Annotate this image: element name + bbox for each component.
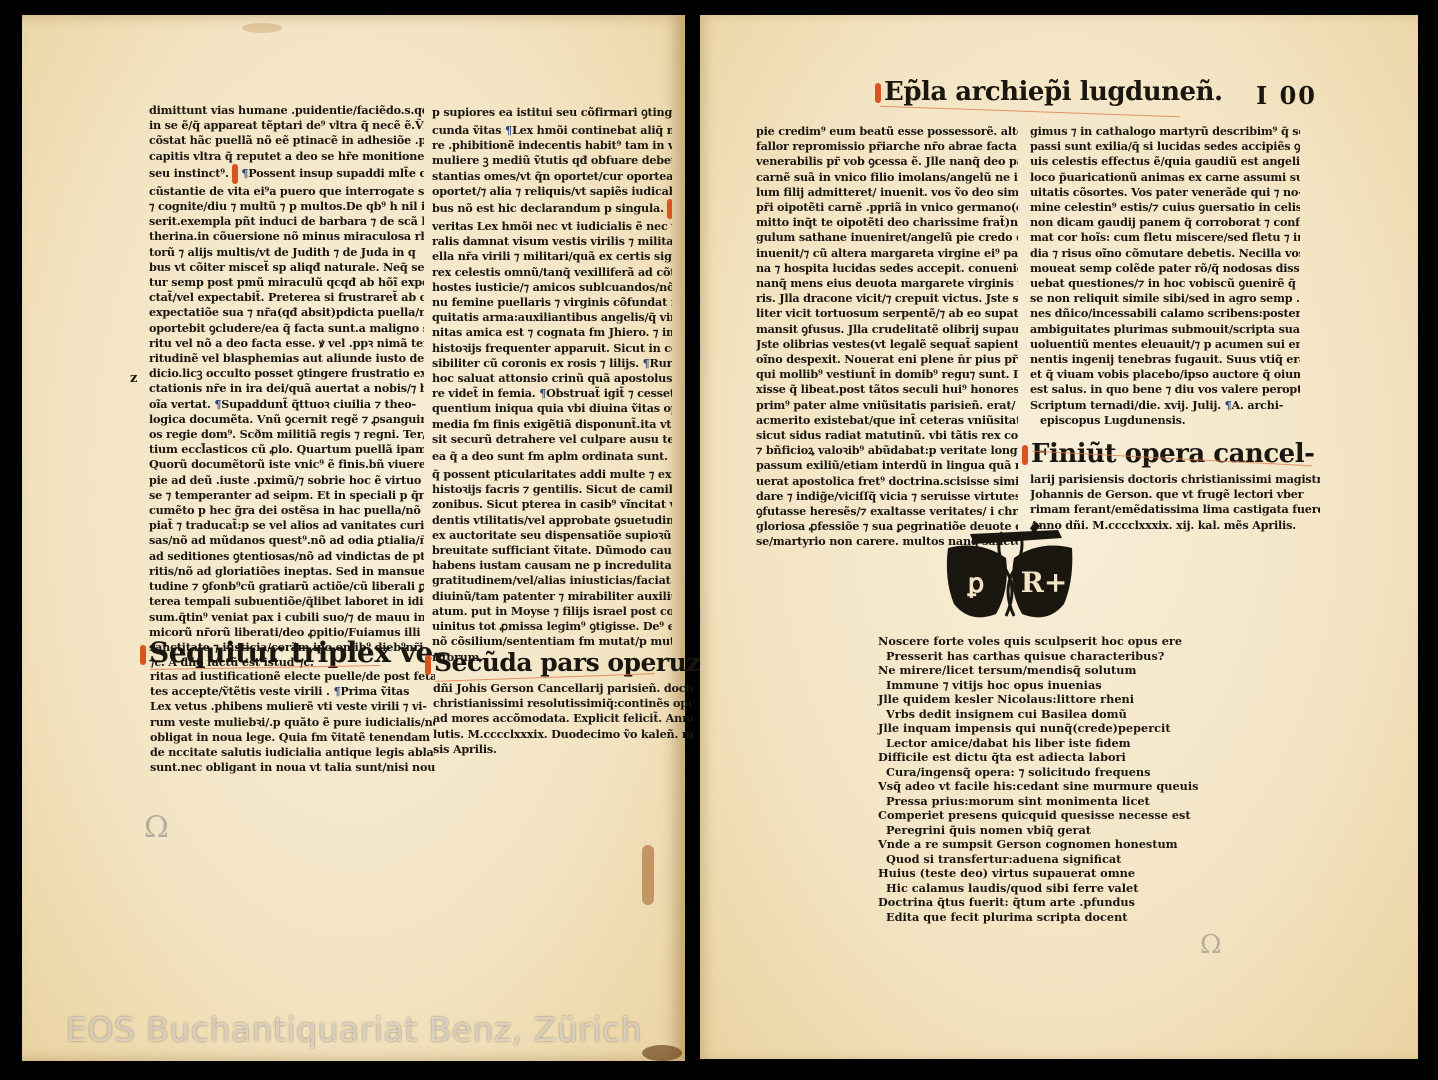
text-fragment: Scriptum ternadi/die. xvij. Julij. xyxy=(1030,398,1221,412)
poem-line: Cura/ingensq̃ opera: ⁊ solicitudo freque… xyxy=(878,765,1199,780)
poem-line: Huius (teste deo) virtus supauerat omne xyxy=(878,866,1199,881)
text-line: na ⁊ hospita lucidas sedes accepit. conu… xyxy=(756,261,1018,276)
text-line: se ⁊ temperanter ad seipm. Et in special… xyxy=(149,488,424,503)
poem-line: Jlle quidem kesler Nicolaus:littore rhen… xyxy=(878,692,1199,707)
running-head-text: Ep̃la archiep̃i lugduneñ. xyxy=(884,77,1223,107)
text-line: nu femine puellaris ⁊ virginis cõfundat … xyxy=(432,295,672,310)
text-line: carnẽ suã in vnico filio imolans/angelũ … xyxy=(756,170,1018,185)
pilcrow-icon: ¶ xyxy=(643,356,650,370)
rubric-mark xyxy=(232,164,238,184)
text-line: torũ ⁊ alijs multis/vt de Judith ⁊ de Ju… xyxy=(149,245,424,260)
text-line: hostes iusticie/⁊ amicos sublcuandos/nõ … xyxy=(432,280,672,295)
text-line: nanq̃ mens eius deuota margarete virgini… xyxy=(756,276,1018,291)
text-line: gratitudinem/vel/alias iniusticias/facia… xyxy=(432,573,672,588)
section-body: dñi Johis Gerson Cancellarij parisieñ. d… xyxy=(433,681,693,757)
paper-stain xyxy=(242,23,282,33)
text-line: ris. Jlla dracone vicit/⁊ crepuit victus… xyxy=(756,291,1018,306)
text-line: sum.q̃tin⁹ veniat pax i cubili suo/⁊ de … xyxy=(149,610,424,625)
text-line: Scriptum ternadi/die. xvij. Julij. ¶A. a… xyxy=(1030,398,1300,413)
text-line: sit securũ detrahere vel culpare ausu te… xyxy=(432,432,672,447)
rubric-underline xyxy=(880,106,1180,117)
text-line: diuinũ/tam patenter ⁊ mirabiliter auxili… xyxy=(432,589,672,604)
text-fragment: bus nõ est hic declarandum p singula. xyxy=(432,201,664,215)
text-line: christianissimi resolutissimiq̃:continẽs… xyxy=(433,696,693,711)
text-fragment: Prima ṽitas xyxy=(340,684,409,698)
right-column-1: pie credim⁹ eum beatũ esse possessorẽ. a… xyxy=(756,124,1018,550)
text-line: episcopus Lugdunensis. xyxy=(1030,413,1300,428)
text-line: nes dñico/incessabili calamo scribens:po… xyxy=(1030,306,1300,321)
text-line: moueat semp colẽde pater rõ/q̃ nodosas d… xyxy=(1030,261,1300,276)
text-fragment: Possent insup supaddi mlt̃e cir- xyxy=(248,166,424,180)
text-line: pr̃i oipotẽti carnẽ .ppriã in vnico germ… xyxy=(756,200,1018,215)
text-fragment: Lex hmõi continebat aliq̃ moral xyxy=(512,123,672,137)
text-line: rex celestis omnũ/tanq̃ vexilliferã ad c… xyxy=(432,265,672,280)
text-line: acmerito existebat/que int̃ ceteras vniũ… xyxy=(756,413,1018,428)
text-line: ritas ad iustificationẽ electe puelle/de… xyxy=(150,669,435,684)
poem-line: Quod si transfertur:aduena significat xyxy=(878,852,1199,867)
text-line: Jste olibrias vestes(vt legalẽ sequat̃ s… xyxy=(756,337,1018,352)
text-line: oĩno despexit. Nouerat eni plene n̄r piu… xyxy=(756,352,1018,367)
text-line: dicio.licꝫ occulto posset ꝯtingere frust… xyxy=(149,366,424,381)
text-line: os regie dom⁹. Scðm militiã regis ⁊ regn… xyxy=(149,427,424,442)
text-line: larij parisiensis doctoris christianissi… xyxy=(1030,472,1320,487)
text-line: ritis/nõ ad gloriatiões ineptas. Sed in … xyxy=(149,564,424,579)
text-line: veritas Lex hmõi nec vt iudicialis ẽ nec… xyxy=(432,219,672,234)
text-line: logica documẽta. Vnũ ꝯcernit regẽ ⁊ ꝓsan… xyxy=(149,412,424,427)
text-line: therina.in cõuersione nõ minus miraculos… xyxy=(149,229,424,244)
printers-device: ꝑ R+ xyxy=(940,520,1080,630)
text-line: est salus. in quo bene ⁊ diu vos valere … xyxy=(1030,382,1300,397)
text-fragment: seu instinct⁹. xyxy=(149,166,229,180)
left-shield-monogram: ꝑ xyxy=(967,569,985,599)
text-line: uerat apostolica fret⁹ doctrina.scisisse… xyxy=(756,474,1018,489)
poem-line: Difficile est dictu q̃ta est adiecta lab… xyxy=(878,750,1199,765)
text-line: media fm finis exigẽtiã disponunt̃.ita v… xyxy=(432,417,672,432)
rubric-mark xyxy=(667,199,672,219)
text-line: tur semp post pmũ miraculũ qcqđ ab hõĩ e… xyxy=(149,275,424,290)
section-body: ritas ad iustificationẽ electe puelle/de… xyxy=(150,669,435,775)
poem-line: Presserit has carthas quisue characterib… xyxy=(878,649,1199,664)
text-line: tudine ⁊ ꝯfonb⁹cũ gratiarũ actiõe/cũ lib… xyxy=(149,579,424,594)
running-head: Ep̃la archiep̃i lugduneñ. xyxy=(875,77,1223,107)
pencil-mark: Ω xyxy=(1200,930,1222,960)
section-heading: Sequitur triplex ve- xyxy=(140,637,425,669)
text-line: venerabilis pr̃ vob ꝯcessa ẽ. Jlle nanq̃… xyxy=(756,154,1018,169)
text-line: lutis. M.cccclxxxix. Duodecimo ṽo kaleñ.… xyxy=(433,727,693,742)
poem-line: Lector amice/dabat his liber iste fidem xyxy=(878,736,1199,751)
poem-line: Vsq̃ adeo vt facile his:cedant sine murm… xyxy=(878,779,1199,794)
text-line: ea q̃ a deo sunt fm aplm ordinata sunt. … xyxy=(432,447,672,467)
rubric-mark xyxy=(425,655,431,675)
rubric-mark xyxy=(1022,445,1028,465)
right-shield-monogram: R+ xyxy=(1021,566,1068,599)
text-line: uebat questiones/⁊ in hoc vobiscũ ꝯuenir… xyxy=(1030,276,1300,291)
text-line: non dicam gaudij panem q̃ corroborat ⁊ c… xyxy=(1030,215,1300,230)
text-line: gimus ⁊ in cathalogo martyrũ describim⁹ … xyxy=(1030,124,1300,139)
text-line: in se ẽ/q̃ appareat tẽptari de⁹ vltra q̃… xyxy=(149,118,424,133)
text-line: ctationis nr̃e in ira dei/quã auertat a … xyxy=(149,381,424,396)
text-line: de nccitate salutis iudicialia antique l… xyxy=(150,745,435,760)
text-line: ritudinẽ vel blasphemias aut aliunde ius… xyxy=(149,351,424,366)
poem-line: Peregrini q̃uis nomen vbiq̃ gerat xyxy=(878,823,1199,838)
text-line: liter vicit tortuosum serpentẽ/⁊ ab eo s… xyxy=(756,306,1018,321)
text-line: piat̃ ⁊ traducat̃:p se vel alios ad vani… xyxy=(149,518,424,533)
text-line: dñi Johis Gerson Cancellarij parisieñ. d… xyxy=(433,681,693,696)
left-column-2: p supiores ea istitui seu cõfirmari ꝯtin… xyxy=(432,103,672,665)
text-line: bus vt cõiter miscet̃ sp aliqđ naturale.… xyxy=(149,260,424,275)
text-line: dimittunt vias humane .puidentie/faciẽdo… xyxy=(149,103,424,118)
text-line: Lex vetus .phibens mulierẽ vti veste vir… xyxy=(150,699,435,714)
text-line: passum exiliũ/etiam interdũ in lingua qu… xyxy=(756,458,1018,473)
text-line: cũstantie de vita ei⁹a puero que interro… xyxy=(149,184,424,199)
text-line: cõstat hãc puellã nõ eẽ ptinacẽ in adhes… xyxy=(149,133,424,148)
text-line: ralis damnat visum vestis virilis ⁊ mili… xyxy=(432,234,672,249)
text-line: atum. put in Moyse ⁊ filijs israel post … xyxy=(432,604,672,619)
text-line: bus nõ est hic declarandum p singula. Te… xyxy=(432,199,672,219)
pencil-mark: Ω xyxy=(144,810,169,845)
text-fragment: ea q̃ a deo sunt fm aplm ordinata sunt. xyxy=(432,449,668,463)
text-line: dentis vtilitatis/vel approbate ꝯsuetudi… xyxy=(432,513,672,528)
poem-line: Hic calamus laudis/quod sibi ferre valet xyxy=(878,881,1199,896)
text-line: sis Aprilis. xyxy=(433,742,693,757)
right-page: Ep̃la archiep̃i lugduneñ. I 00 pie credi… xyxy=(700,15,1418,1059)
text-line: mansit ꝯfusus. Jlla crudelitatẽ olibrij … xyxy=(756,322,1018,337)
text-line: xisse q̃ libeat.post tãtos seculi hui⁹ h… xyxy=(756,382,1018,397)
text-line: oportebit ꝯcludere/ea q̃ facta sunt.a ma… xyxy=(149,321,424,336)
text-line: lum filij admitteret/ inuenit. vos ṽo de… xyxy=(756,185,1018,200)
text-fragment: sibiliter cũ coronis ex rosis ⁊ lilijs. xyxy=(432,356,639,370)
text-line: capitis vltra q̃ reputet a deo se hr̃e m… xyxy=(149,149,424,164)
text-line: loco p̃uaricationũ animas ex carne assum… xyxy=(1030,170,1300,185)
text-line: seu instinct⁹. ¶Possent insup supaddi ml… xyxy=(149,164,424,184)
text-line: uis celestis effectus ẽ/quia gaudiũ est … xyxy=(1030,154,1300,169)
text-fragment: re videt̃ in femia. xyxy=(432,386,536,400)
text-line: fallor repromissio pr̃iarche nr̃o abrae … xyxy=(756,139,1018,154)
text-fragment: p supiores ea istitui seu cõfirmari ꝯtin… xyxy=(432,105,672,119)
text-line: rum veste muliebꝛi/.p quãto ẽ pure iudic… xyxy=(150,715,435,730)
colophon-poem: Noscere forte voles quis sculpserit hoc … xyxy=(878,634,1199,924)
section-triplex-veritas: Sequitur triplex ve- ritas ad iustificat… xyxy=(140,637,425,775)
text-line: gulum sathane inueniret/angelũ pie credo… xyxy=(756,230,1018,245)
text-line: obligat in noua lege. Quia fm ṽitatẽ ten… xyxy=(150,730,435,745)
text-line: uinitus tot ꝓmissa legim⁹ ꝯtigisse. De⁹ … xyxy=(432,619,672,634)
text-line: terea tempali subuentiõe/q̃libet laboret… xyxy=(149,594,424,609)
text-line: histoꝛijs facris ⁊ gentilis. Sicut de ca… xyxy=(432,482,672,497)
folio-number: I 00 xyxy=(1256,81,1317,110)
text-line: q̃ possent pticularitates addi multe ⁊ e… xyxy=(432,467,672,482)
poem-line: Vrbs dedit insignem cui Basilea domũ xyxy=(878,707,1199,722)
text-line: ad seditiones ꝯtentiosas/nõ ad vindictas… xyxy=(149,549,424,564)
text-line: breuitate sufficiant ṽitate. Dũmodo caue… xyxy=(432,543,672,558)
text-line: Quorũ documẽtorũ iste vnic⁹ ẽ finis.bñ v… xyxy=(149,457,424,472)
text-line: oĩa vertat. ¶Supaddunt̃ q̃ttuoꝛ ciuilia … xyxy=(149,397,424,412)
text-fragment: cunda ṽitas xyxy=(432,123,501,137)
text-line: inuenit/⁊ cũ altera margareta virgine ei… xyxy=(756,246,1018,261)
text-line: ad mores accõmodata. Explicit felicit̃. … xyxy=(433,711,693,726)
text-line: ambiguitates plurimas submouit/scripta s… xyxy=(1030,322,1300,337)
text-line: sunt.nec obligant in noua vt talia sunt/… xyxy=(150,760,435,775)
text-line: cunda ṽitas ¶Lex hmõi continebat aliq̃ m… xyxy=(432,123,672,138)
colophon: Finiũt opera cancel- larij parisiensis d… xyxy=(1022,438,1312,531)
text-line: stantias omes/vt q̃n oportet/cur oportea… xyxy=(432,169,672,184)
text-line: muliere ꝫ mediũ ṽtutis qđ obfuare debet … xyxy=(432,153,672,168)
text-line: dia ⁊ risus oĩno cõmutare debetis. Necil… xyxy=(1030,246,1300,261)
margin-mark: z xyxy=(130,371,137,386)
text-line: ⁊ cognite/diu ⁊ multũ ⁊ p multos.De qb⁹ … xyxy=(149,199,424,214)
poem-line: Jlle inquam impensis qui nunq̃(crede)pep… xyxy=(878,721,1199,736)
text-line: sibiliter cũ coronis ex rosis ⁊ lilijs. … xyxy=(432,356,672,371)
text-line: mine celestin⁹ estis/⁊ cuius ꝯuersatio i… xyxy=(1030,200,1300,215)
text-line: ex auctoritate seu dispensatiõe supioꝛũ.… xyxy=(432,528,672,543)
text-line: quitatis arma:auxiliantibus angelis/q̃ v… xyxy=(432,310,672,325)
text-line: oportet/⁊ alia ⁊ reliquis/vt sapiẽs iudi… xyxy=(432,184,672,199)
text-line: p supiores ea istitui seu cõfirmari ꝯtin… xyxy=(432,103,672,123)
text-fragment: A. archi- xyxy=(1232,398,1284,412)
left-column-1: dimittunt vias humane .puidentie/faciẽdo… xyxy=(149,103,424,670)
text-line: re videt̃ in femia. ¶Obstruat̃ igit̃ ⁊ c… xyxy=(432,386,672,401)
text-line: se non reliquit simile sibi/sed in agro … xyxy=(1030,291,1300,306)
colophon-heading: Finiũt opera cancel- xyxy=(1022,438,1312,470)
text-line: ⁊ bñficioꝝ valoꝛib⁹ abũdabat:p veritate … xyxy=(756,443,1018,458)
left-page: dimittunt vias humane .puidentie/faciẽdo… xyxy=(22,15,685,1061)
text-line: ritu vel nõ a deo facta esse. ꝟ vel .ppꝛ… xyxy=(149,336,424,351)
text-line: uoluentiũ mentes eleuauit/⁊ p acumen sui… xyxy=(1030,337,1300,352)
text-line: ella nr̃a virili ⁊ militari/quã ex certi… xyxy=(432,249,672,264)
text-line: habens iustam causam ne p incredulitatem… xyxy=(432,558,672,573)
text-line: mat cor hoĩs: cum fletu miscere/sed flet… xyxy=(1030,230,1300,245)
poem-line: Doctrina q̃tus fuerit: q̃tum arte .pfund… xyxy=(878,895,1199,910)
text-line: cumẽto p hec g̃ra dei ostẽsa in hac puel… xyxy=(149,503,424,518)
text-line: sas/nõ ad mũdanos quest⁹.nõ ad odia ꝑtia… xyxy=(149,533,424,548)
text-line: re .phibitionẽ indecentis habit⁹ tam in … xyxy=(432,138,672,153)
poem-line: Edita que fecit plurima scripta docent xyxy=(878,910,1199,925)
text-line: rimam ferant/emẽdatissima lima castigata… xyxy=(1030,502,1320,517)
text-fragment: Rursus p xyxy=(650,356,672,370)
text-line: zonibus. Sicut pterea in casib⁹ vĩncitat… xyxy=(432,497,672,512)
text-line: pie ad deũ .iuste .pximũ/⁊ sobrie hoc ẽ … xyxy=(149,473,424,488)
text-fragment: Obstruat̃ igit̃ ⁊ cesset os lo- xyxy=(546,386,672,400)
text-line: hoc saluat attonsio crinũ quã apostolus … xyxy=(432,371,672,386)
text-fragment: Supaddunt̃ q̃ttuoꝛ ciuilia ⁊ theo- xyxy=(221,397,416,411)
heading-text: Sequitur triplex ve- xyxy=(149,636,444,669)
heading-text: Secũda pars operuz xyxy=(434,648,700,677)
heading-text: Finiũt opera cancel- xyxy=(1031,439,1314,469)
printers-mark-icon: ꝑ R+ xyxy=(940,520,1080,630)
text-line: ꝯfutasse heresẽs/⁊ exaltasse veritates/ … xyxy=(756,504,1018,519)
text-line: expectatiõe sua ⁊ nr̃a(qđ absit)pdicta p… xyxy=(149,305,424,320)
text-line: tium eccl̃asticos cũ ꝓlo. Quartum puellã… xyxy=(149,442,424,457)
text-line: quentium iniqua quia vbi diuina ṽitas op… xyxy=(432,401,672,416)
poem-line: Noscere forte voles quis sculpserit hoc … xyxy=(878,634,1199,649)
paper-stain xyxy=(642,1045,682,1061)
text-line: et q̃ viuam vobis placebo/ipso auctore q… xyxy=(1030,367,1300,382)
watermark: EOS Buchantiquariat Benz, Zürich xyxy=(66,1010,642,1049)
rubric-mark xyxy=(140,645,146,665)
text-line: ctat̃/vel expectabit̃. Preterea si frust… xyxy=(149,290,424,305)
text-line: histoꝛijs frequenter apparuit. Sicut in … xyxy=(432,341,672,356)
text-line: serit.exempla pñt induci de barbara ⁊ de… xyxy=(149,214,424,229)
rubric-mark xyxy=(875,83,881,103)
text-line: tes accepte/ṽtẽtis veste virili . ¶Prima… xyxy=(150,684,435,699)
right-column-2: gimus ⁊ in cathalogo martyrũ describim⁹ … xyxy=(1030,124,1300,428)
pilcrow-icon: ¶ xyxy=(505,123,512,137)
text-fragment: oĩa vertat. xyxy=(149,397,211,411)
text-line: qui mollib⁹ vestiunt̃ in domib⁹ regu⁊ su… xyxy=(756,367,1018,382)
poem-line: Vnde a re sumpsit Gerson cognomen honest… xyxy=(878,837,1199,852)
pilcrow-icon: ¶ xyxy=(1225,398,1232,412)
text-line: dare ⁊ indig̃e/viciſſq̃ vicia ⁊ seruisse… xyxy=(756,489,1018,504)
text-line: sicut sidus radiat matutinũ. vbi tãtis r… xyxy=(756,428,1018,443)
poem-line: Ne mirere/licet tersum/mendisq̃ solutum xyxy=(878,663,1199,678)
text-line: nitas amica est ⁊ cognata fm Jhiero. ⁊ i… xyxy=(432,325,672,340)
text-line: uitatis cõsortes. Vos pater venerãde qui… xyxy=(1030,185,1300,200)
text-line: Johannis de Gerson. que vt frugẽ lectori… xyxy=(1030,487,1320,502)
poem-line: Comperiet presens quicquid quesisse nece… xyxy=(878,808,1199,823)
text-fragment: tes accepte/ṽtẽtis veste virili . xyxy=(150,684,330,698)
text-line: prim⁹ pater alme vniũsitatis parisieñ. e… xyxy=(756,398,1018,413)
text-line: pie credim⁹ eum beatũ esse possessorẽ. a… xyxy=(756,124,1018,139)
text-line: nentis ingenij tenebras fugauit. Suus vt… xyxy=(1030,352,1300,367)
section-secunda-pars: Secũda pars operuz dñi Johis Gerson Canc… xyxy=(425,647,685,755)
poem-line: Pressa prius:morum sint monimenta licet xyxy=(878,794,1199,809)
paper-stain xyxy=(642,845,654,905)
text-line: mitto inq̃t te oipotẽti deo charissime f… xyxy=(756,215,1018,230)
text-line: passi sunt exilia/q̃ si lucidas sedes ac… xyxy=(1030,139,1300,154)
poem-line: Immune ⁊ vitijs hoc opus inuenias xyxy=(878,678,1199,693)
